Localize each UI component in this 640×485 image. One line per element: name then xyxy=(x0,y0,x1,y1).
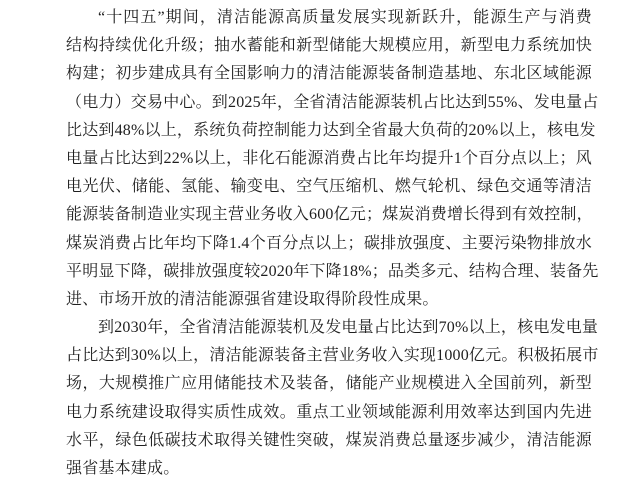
text-line: 电力系统建设取得实质性成效。重点工业领域能源利用效率达到国内先进 xyxy=(66,399,592,427)
text-line: 能源装备制造业实现主营业务收入600亿元；煤炭消费增长得到有效控制， xyxy=(66,201,592,229)
text-line: “十四五”期间，清洁能源高质量发展实现新跃升，能源生产与消费 xyxy=(66,4,592,32)
text-line: 到2030年，全省清洁能源装机及发电量占比达到70%以上，核电发电量 xyxy=(66,314,592,342)
text-line: 比达到48%以上，系统负荷控制能力达到全省最大负荷的20%以上，核电发 xyxy=(66,117,592,145)
text-line: 占比达到30%以上，清洁能源装备主营业务收入实现1000亿元。积极拓展市 xyxy=(66,342,592,370)
text-line: （电力）交易中心。到2025年，全省清洁能源装机占比达到55%、发电量占 xyxy=(66,89,592,117)
text-line: 场，大规模推广应用储能技术及装备，储能产业规模进入全国前列，新型 xyxy=(66,370,592,398)
text-line: 进、市场开放的清洁能源强省建设取得阶段性成果。 xyxy=(66,286,592,314)
text-line: 结构持续优化升级；抽水蓄能和新型储能大规模应用，新型电力系统加快 xyxy=(66,32,592,60)
text-line: 水平，绿色低碳技术取得关键性突破，煤炭消费总量逐步减少，清洁能源 xyxy=(66,427,592,455)
text-line: 构建；初步建成具有全国影响力的清洁能源装备制造基地、东北区域能源 xyxy=(66,60,592,88)
text-line: 电光伏、储能、氢能、输变电、空气压缩机、燃气轮机、绿色交通等清洁 xyxy=(66,173,592,201)
text-block: “十四五”期间，清洁能源高质量发展实现新跃升，能源生产与消费 结构持续优化升级；… xyxy=(66,4,592,483)
text-line: 电量占比达到22%以上，非化石能源消费占比年均提升1个百分点以上；风 xyxy=(66,145,592,173)
text-line: 强省基本建成。 xyxy=(66,455,592,483)
document-page: “十四五”期间，清洁能源高质量发展实现新跃升，能源生产与消费 结构持续优化升级；… xyxy=(0,0,640,485)
text-line: 煤炭消费占比年均下降1.4个百分点以上；碳排放强度、主要污染物排放水 xyxy=(66,230,592,258)
text-line: 平明显下降，碳排放强度较2020年下降18%；品类多元、结构合理、装备先 xyxy=(66,258,592,286)
